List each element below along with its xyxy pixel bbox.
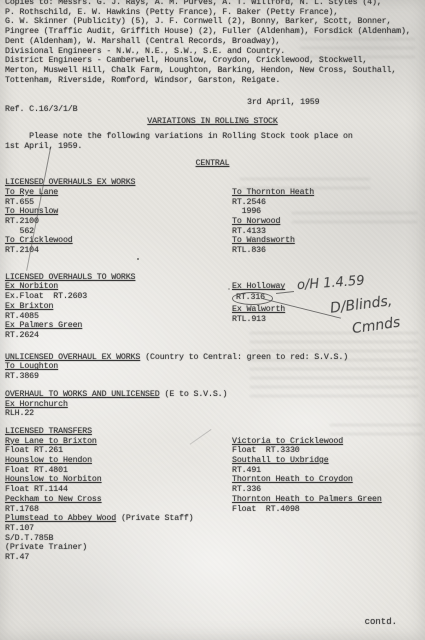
- entry-title: To Loughton: [5, 362, 425, 372]
- column-left: Ex Norbiton Ex.Float RT.2603 Ex Brixton …: [0, 282, 232, 340]
- entry-note: (Private Staff): [116, 514, 193, 523]
- entry-line: RLH.22: [5, 409, 425, 419]
- distribution-line: Copies to: Messrs. G. J. Rays, A. M. Pur…: [5, 0, 425, 8]
- column-right: Victoria to Cricklewood Float RT.3330 So…: [232, 437, 425, 563]
- section-heading-overhaul-unlicensed: OVERHAUL TO WORKS AND UNLICENSED(E to S.…: [5, 390, 425, 400]
- distribution-line: Dent (Aldenham), W. Marshall (Central Re…: [5, 37, 425, 47]
- document-page: Copies to: Messrs. G. J. Rays, A. M. Pur…: [0, 0, 425, 640]
- entry-line: Float RT.261: [5, 446, 232, 456]
- entry-line: RT.316: [232, 292, 425, 305]
- ex-works-columns: To Rye Lane RT.655 To Hounslow RT.2100 5…: [0, 188, 425, 256]
- section-heading-licensed-ex-works: LICENSED OVERHAULS EX WORKS: [5, 178, 425, 188]
- entry-title: Thornton Heath to Croydon: [232, 475, 425, 485]
- ref-number: Ref. C.16/3/1/B: [5, 105, 77, 114]
- entry-title: Hounslow to Norbiton: [5, 475, 232, 485]
- entry-line: 1996: [232, 207, 425, 217]
- entry-line: RT.336: [232, 485, 425, 495]
- entry-line: Float RT.3330: [232, 446, 425, 456]
- entry-line: RT.47: [5, 553, 232, 563]
- ink-speck: [137, 258, 139, 260]
- doc-title: VARIATIONS IN ROLLING STOCK: [0, 117, 425, 127]
- entry-line: RT.3869: [5, 372, 425, 382]
- entry-title: To Cricklewood: [5, 236, 232, 246]
- entry-title: Ex Brixton: [5, 302, 232, 312]
- column-right: Ex Holloway RT.316 Ex Walworth RTL.913: [232, 282, 425, 340]
- entry-line: RTL.836: [232, 246, 425, 256]
- entry-title: Thornton Heath to Palmers Green: [232, 495, 425, 505]
- intro-paragraph: Please note the following variations in …: [5, 132, 425, 151]
- entry-line: Ex.Float RT.2603: [5, 292, 232, 302]
- ink-speck: [228, 288, 230, 290]
- entry-line: RT.2546: [232, 198, 425, 208]
- entry-title: To Thornton Heath: [232, 188, 425, 198]
- entry-line: 562: [5, 227, 232, 237]
- entry-line: RT.2100: [5, 217, 232, 227]
- entry-line: RT.2624: [5, 331, 232, 341]
- entry-title: Hounslow to Hendon: [5, 456, 232, 466]
- entry-title: To Rye Lane: [5, 188, 232, 198]
- entry-line: (Private Trainer): [5, 543, 232, 553]
- entry-title: Ex Walworth: [232, 305, 425, 315]
- doc-date: 3rd April, 1959: [247, 98, 319, 108]
- entry-title: Ex Hornchurch: [5, 400, 425, 410]
- distribution-line: Merton, Muswell Hill, Chalk Farm, Lought…: [5, 66, 425, 76]
- entry-title: Victoria to Cricklewood: [232, 437, 425, 447]
- entry-line: Float RT.4098: [232, 505, 425, 515]
- continued-marker: contd.: [365, 617, 397, 627]
- section-note: (Country to Central: green to red: S.V.S…: [140, 353, 348, 362]
- overhaul-entry: Ex Hornchurch RLH.22: [5, 400, 425, 419]
- column-left: Rye Lane to Brixton Float RT.261 Hounslo…: [0, 437, 232, 563]
- distribution-line: Pingree (Traffic Audit, Griffith House) …: [5, 27, 425, 37]
- entry-line: RT.4085: [5, 312, 232, 322]
- section-note: (E to S.V.S.): [160, 390, 228, 399]
- entry-line: RT.107: [5, 524, 232, 534]
- column-right: To Thornton Heath RT.2546 1996 To Norwoo…: [232, 188, 425, 256]
- entry-title: Ex Norbiton: [5, 282, 232, 292]
- distribution-list: Copies to: Messrs. G. J. Rays, A. M. Pur…: [5, 0, 425, 85]
- section-heading-unlicensed-ex-works: UNLICENSED OVERHAUL EX WORKS(Country to …: [5, 353, 425, 363]
- entry-line: RT.1768: [5, 505, 232, 515]
- entry-title: To Norwood: [232, 217, 425, 227]
- entry-title: Ex Palmers Green: [5, 321, 232, 331]
- intro-line: 1st April, 1959.: [5, 142, 425, 152]
- ref-date-row: Ref. C.16/3/1/B 3rd April, 1959: [5, 98, 425, 108]
- intro-line: Please note the following variations in …: [5, 132, 425, 142]
- entry-title: Southall to Uxbridge: [232, 456, 425, 466]
- region-heading: CENTRAL: [0, 159, 425, 169]
- distribution-line: P. Rothschild, E. W. Hawkins (Petty Fran…: [5, 8, 425, 18]
- entry-line: Float RT.1144: [5, 485, 232, 495]
- entry-line: Float RT.4801: [5, 466, 232, 476]
- section-heading-licensed-transfers: LICENSED TRANSFERS: [5, 427, 425, 437]
- distribution-line: G. W. Skinner (Publicity) (5), J. F. Cor…: [5, 17, 425, 27]
- distribution-line: District Engineers - Camberwell, Hounslo…: [5, 56, 425, 66]
- unlicensed-entry: To Loughton RT.3869: [5, 362, 425, 381]
- entry-title: Plumstead to Abbey Wood(Private Staff): [5, 514, 232, 524]
- entry-line: S/D.T.785B: [5, 534, 232, 544]
- entry-line: RT.4133: [232, 227, 425, 237]
- distribution-line: Tottenham, Riverside, Romford, Windsor, …: [5, 76, 425, 86]
- distribution-line: Divisional Engineers - N.W., N.E., S.W.,…: [5, 47, 425, 57]
- transfers-columns: Rye Lane to Brixton Float RT.261 Hounslo…: [0, 437, 425, 563]
- entry-line: RT.2104: [5, 246, 232, 256]
- entry-title: To Wandsworth: [232, 236, 425, 246]
- entry-line: RT.491: [232, 466, 425, 476]
- entry-title: Peckham to New Cross: [5, 495, 232, 505]
